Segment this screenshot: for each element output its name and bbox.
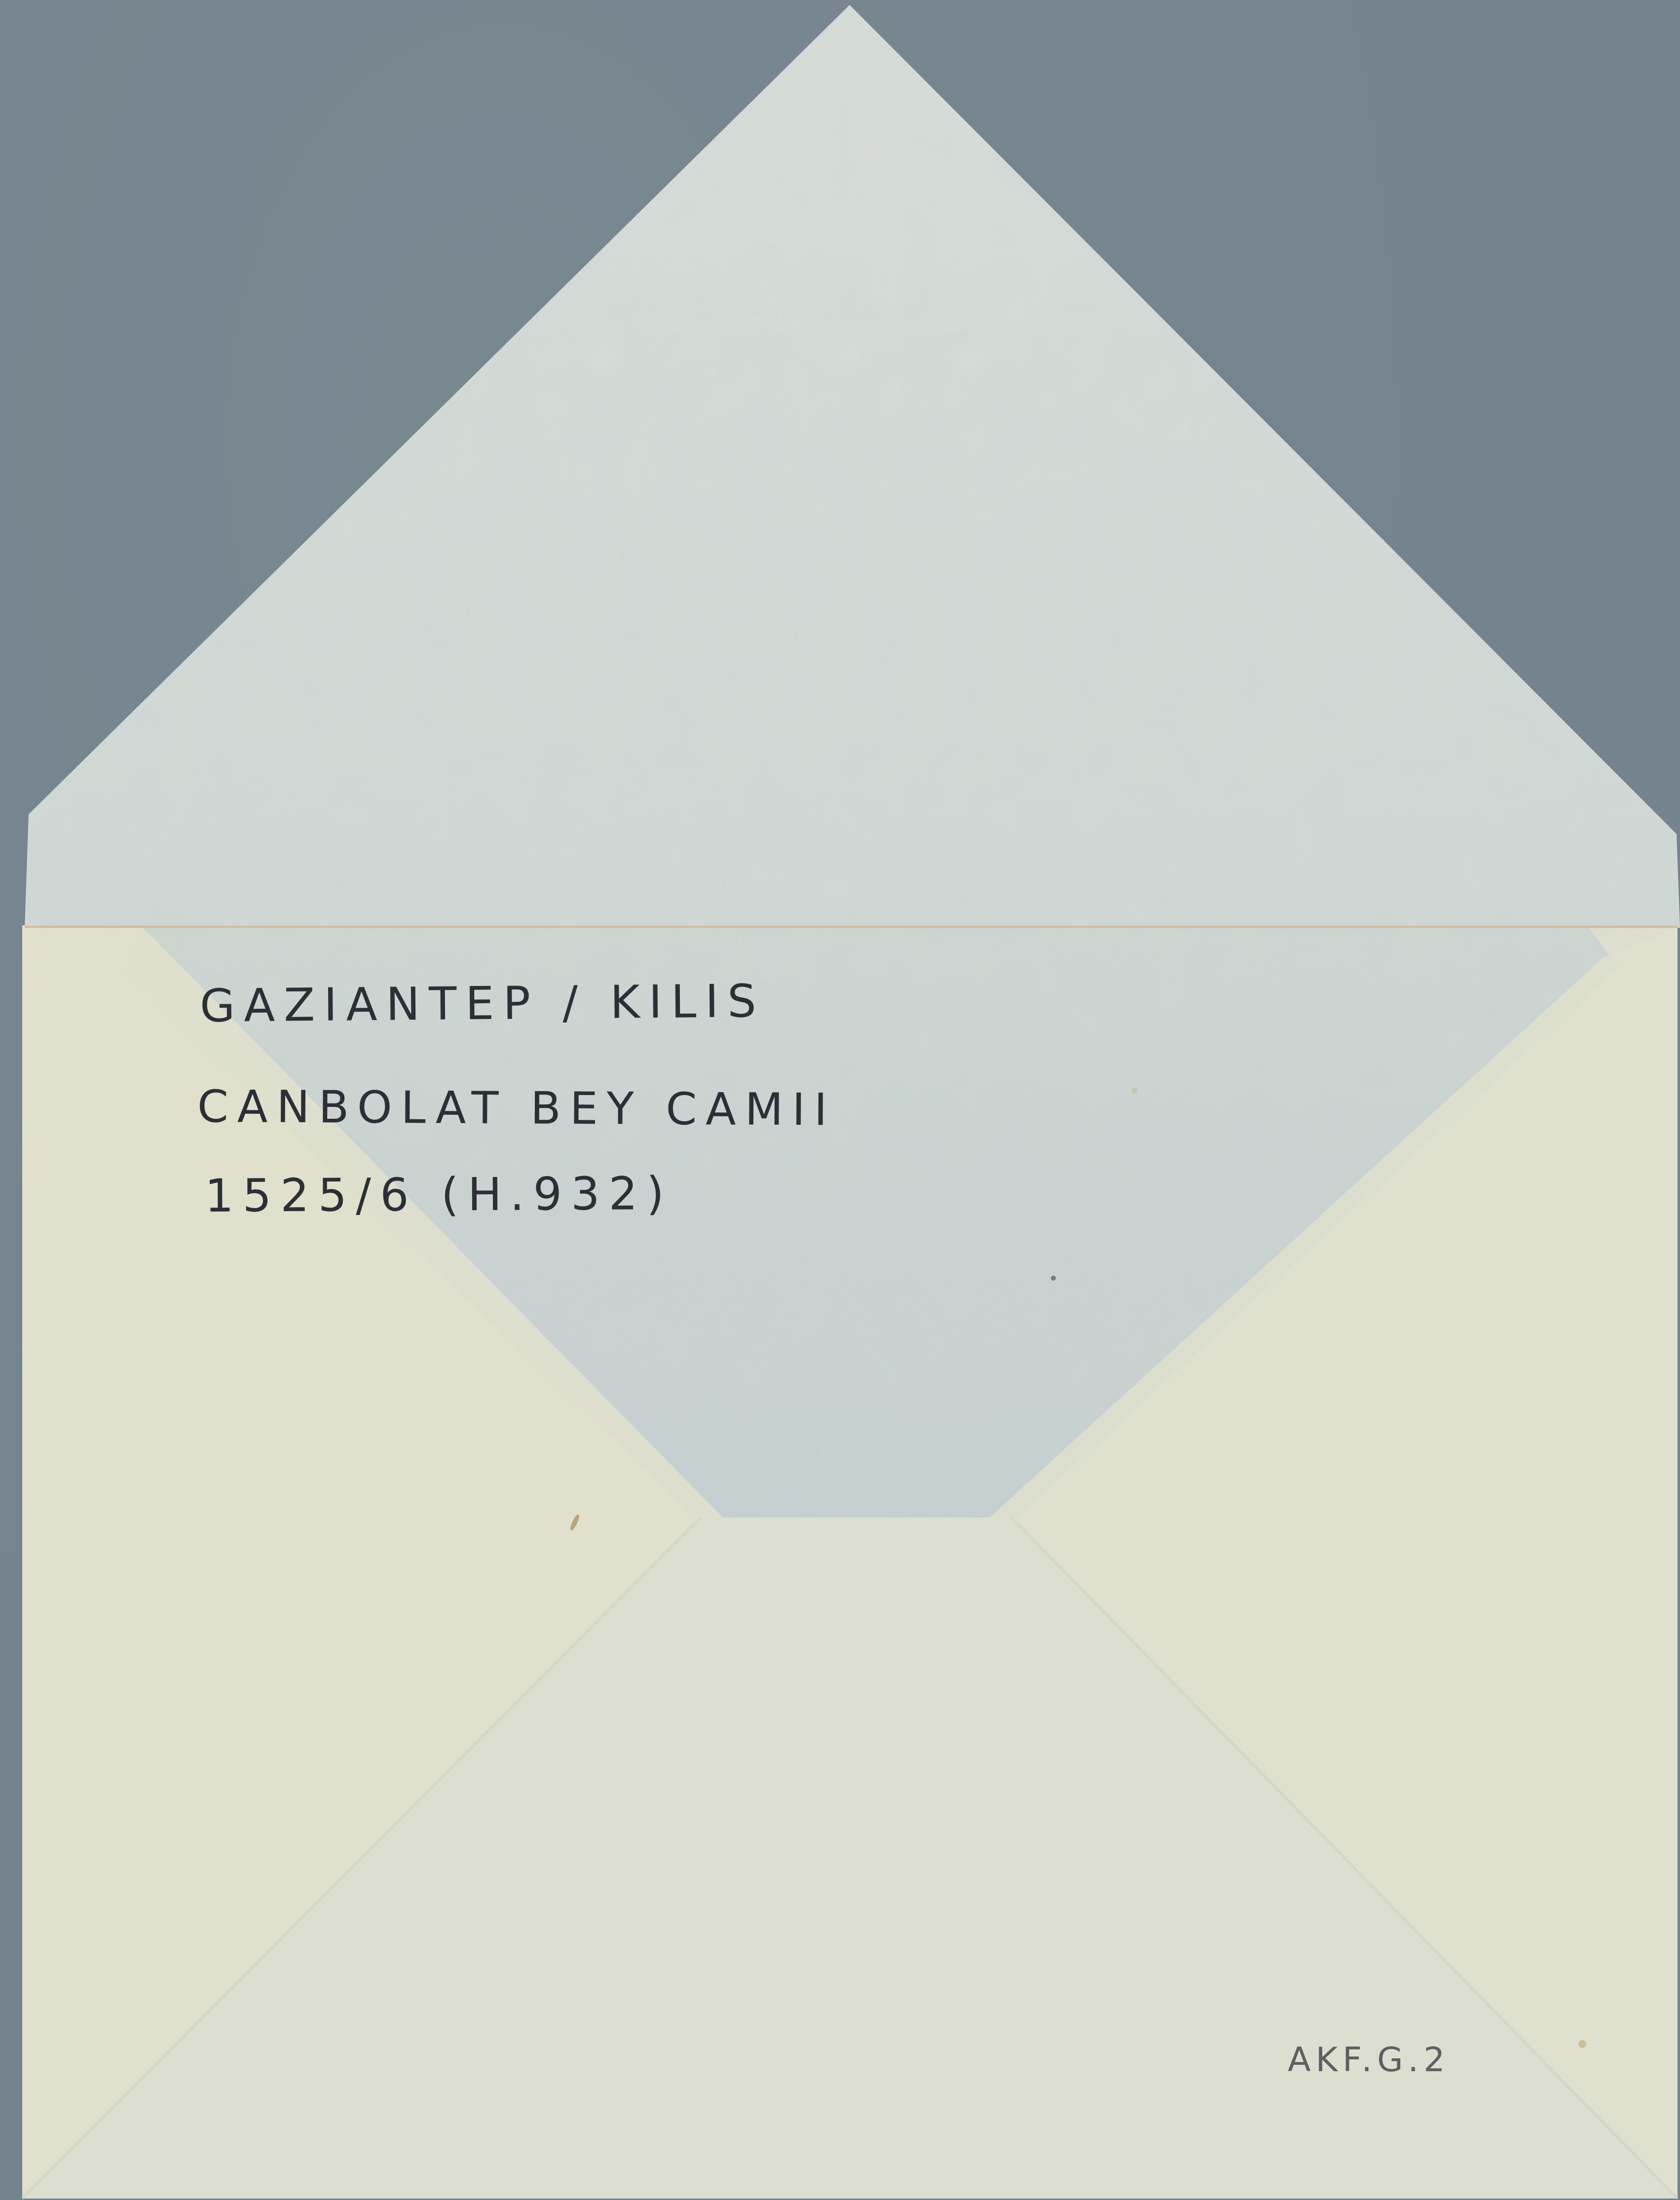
handwritten-location: GAZIANTEP / KILIS (200, 975, 766, 1032)
archive-reference-code: AKF.G.2 (1288, 2041, 1450, 2080)
handwritten-date: 1525/6 (H.932) (205, 1167, 673, 1222)
scene: GAZIANTEP / KILIS CANBOLAT BEY CAMII 152… (0, 0, 1680, 2200)
envelope-top-flap (25, 5, 1680, 928)
handwritten-mosque-name: CANBOLAT BEY CAMII (197, 1081, 836, 1136)
